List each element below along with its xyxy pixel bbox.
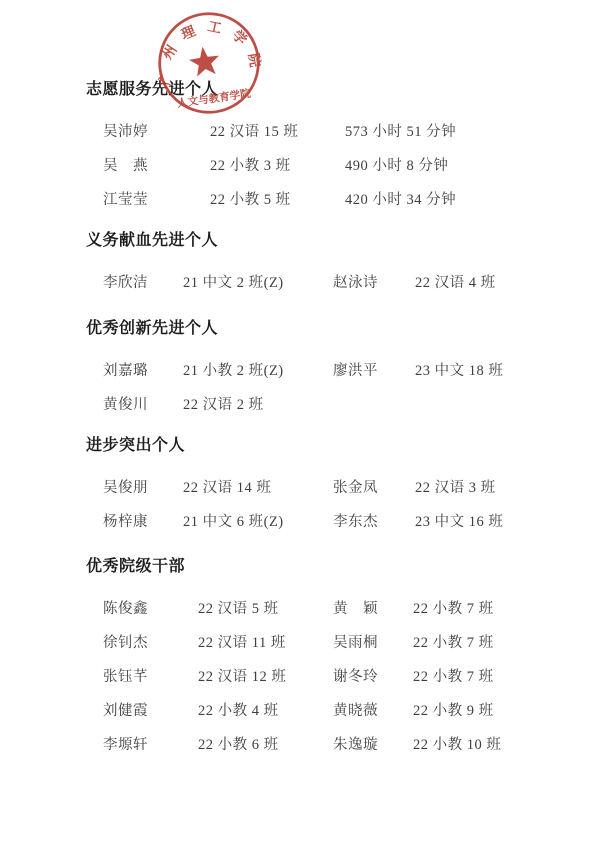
- recipient-name: 江莹莹: [103, 190, 210, 210]
- recipient-class: 23 中文 18 班: [415, 361, 503, 381]
- recipient-class: 21 小教 2 班(Z): [183, 361, 333, 381]
- recipient-class: 22 小教 6 班: [198, 735, 333, 755]
- award-row: 陈俊鑫 22 汉语 5 班 黄 颖 22 小教 7 班: [0, 599, 604, 619]
- award-row: 吴沛婷 22 汉语 15 班 573 小时 51 分钟: [0, 122, 604, 142]
- service-hours: 573 小时 51 分钟: [345, 122, 456, 142]
- recipient-class: 22 汉语 2 班: [183, 395, 333, 415]
- award-row: 李塬轩 22 小教 6 班 朱逸璇 22 小教 10 班: [0, 735, 604, 755]
- recipient-name: 吴俊朋: [103, 478, 183, 498]
- recipient-name: 黄晓薇: [333, 701, 413, 721]
- recipient-class: 22 汉语 14 班: [183, 478, 333, 498]
- section-title: 优秀院级干部: [0, 557, 604, 577]
- recipient-name: 陈俊鑫: [103, 599, 198, 619]
- recipient-name: 刘嘉璐: [103, 361, 183, 381]
- section-title: 义务献血先进个人: [0, 231, 604, 251]
- recipient-class: 22 汉语 4 班: [415, 273, 496, 293]
- recipient-class: 22 小教 9 班: [413, 701, 494, 721]
- recipient-class: 22 小教 7 班: [413, 633, 494, 653]
- recipient-class: 22 汉语 3 班: [415, 478, 496, 498]
- recipient-name: 刘健霞: [103, 701, 198, 721]
- recipient-name: 廖洪平: [333, 361, 415, 381]
- recipient-class: 22 小教 7 班: [413, 599, 494, 619]
- recipient-name: 谢冬玲: [333, 667, 413, 687]
- service-hours: 420 小时 34 分钟: [345, 190, 456, 210]
- recipient-class: 22 汉语 15 班: [210, 122, 345, 142]
- service-hours: 490 小时 8 分钟: [345, 156, 448, 176]
- award-row: 黄俊川 22 汉语 2 班: [0, 395, 604, 415]
- recipient-name: 吴 燕: [103, 156, 210, 176]
- recipient-class: 22 汉语 12 班: [198, 667, 333, 687]
- award-row: 吴俊朋 22 汉语 14 班 张金凤 22 汉语 3 班: [0, 478, 604, 498]
- recipient-class: 22 小教 10 班: [413, 735, 501, 755]
- recipient-class: 23 中文 16 班: [415, 512, 503, 532]
- recipient-class: 22 小教 7 班: [413, 667, 494, 687]
- recipient-class: 22 小教 5 班: [210, 190, 345, 210]
- section-cadres: 优秀院级干部 陈俊鑫 22 汉语 5 班 黄 颖 22 小教 7 班 徐钊杰 2…: [0, 557, 604, 755]
- recipient-name: 吴雨桐: [333, 633, 413, 653]
- award-row: 刘嘉璐 21 小教 2 班(Z) 廖洪平 23 中文 18 班: [0, 361, 604, 381]
- recipient-class: 22 汉语 5 班: [198, 599, 333, 619]
- document-page: 广州理工学院 人文与教育学院 志愿服务先进个人 吴沛婷 22 汉语 15 班 5…: [0, 0, 604, 857]
- recipient-name: 黄 颖: [333, 599, 413, 619]
- section-title: 志愿服务先进个人: [0, 80, 604, 100]
- award-row: 张钰芊 22 汉语 12 班 谢冬玲 22 小教 7 班: [0, 667, 604, 687]
- recipient-class: 22 小教 4 班: [198, 701, 333, 721]
- recipient-name: 张金凤: [333, 478, 415, 498]
- award-row: 江莹莹 22 小教 5 班 420 小时 34 分钟: [0, 190, 604, 210]
- recipient-name: 李东杰: [333, 512, 415, 532]
- recipient-name: 赵泳诗: [333, 273, 415, 293]
- recipient-name: 吴沛婷: [103, 122, 210, 142]
- recipient-name: 张钰芊: [103, 667, 198, 687]
- recipient-name: 李欣洁: [103, 273, 183, 293]
- award-row: 徐钊杰 22 汉语 11 班 吴雨桐 22 小教 7 班: [0, 633, 604, 653]
- recipient-name: 朱逸璇: [333, 735, 413, 755]
- section-title: 优秀创新先进个人: [0, 319, 604, 339]
- award-row: 吴 燕 22 小教 3 班 490 小时 8 分钟: [0, 156, 604, 176]
- section-blood-donation: 义务献血先进个人 李欣洁 21 中文 2 班(Z) 赵泳诗 22 汉语 4 班: [0, 231, 604, 293]
- recipient-name: 李塬轩: [103, 735, 198, 755]
- recipient-class: 22 汉语 11 班: [198, 633, 333, 653]
- recipient-name: 黄俊川: [103, 395, 183, 415]
- star-icon: [187, 45, 221, 78]
- section-volunteer-service: 志愿服务先进个人 吴沛婷 22 汉语 15 班 573 小时 51 分钟 吴 燕…: [0, 80, 604, 210]
- section-innovation: 优秀创新先进个人 刘嘉璐 21 小教 2 班(Z) 廖洪平 23 中文 18 班…: [0, 319, 604, 415]
- recipient-class: 22 小教 3 班: [210, 156, 345, 176]
- recipient-class: 21 中文 2 班(Z): [183, 273, 333, 293]
- award-row: 杨梓康 21 中文 6 班(Z) 李东杰 23 中文 16 班: [0, 512, 604, 532]
- recipient-class: 21 中文 6 班(Z): [183, 512, 333, 532]
- section-title: 进步突出个人: [0, 436, 604, 456]
- section-progress: 进步突出个人 吴俊朋 22 汉语 14 班 张金凤 22 汉语 3 班 杨梓康 …: [0, 436, 604, 532]
- award-row: 李欣洁 21 中文 2 班(Z) 赵泳诗 22 汉语 4 班: [0, 273, 604, 293]
- recipient-name: 徐钊杰: [103, 633, 198, 653]
- award-row: 刘健霞 22 小教 4 班 黄晓薇 22 小教 9 班: [0, 701, 604, 721]
- recipient-name: 杨梓康: [103, 512, 183, 532]
